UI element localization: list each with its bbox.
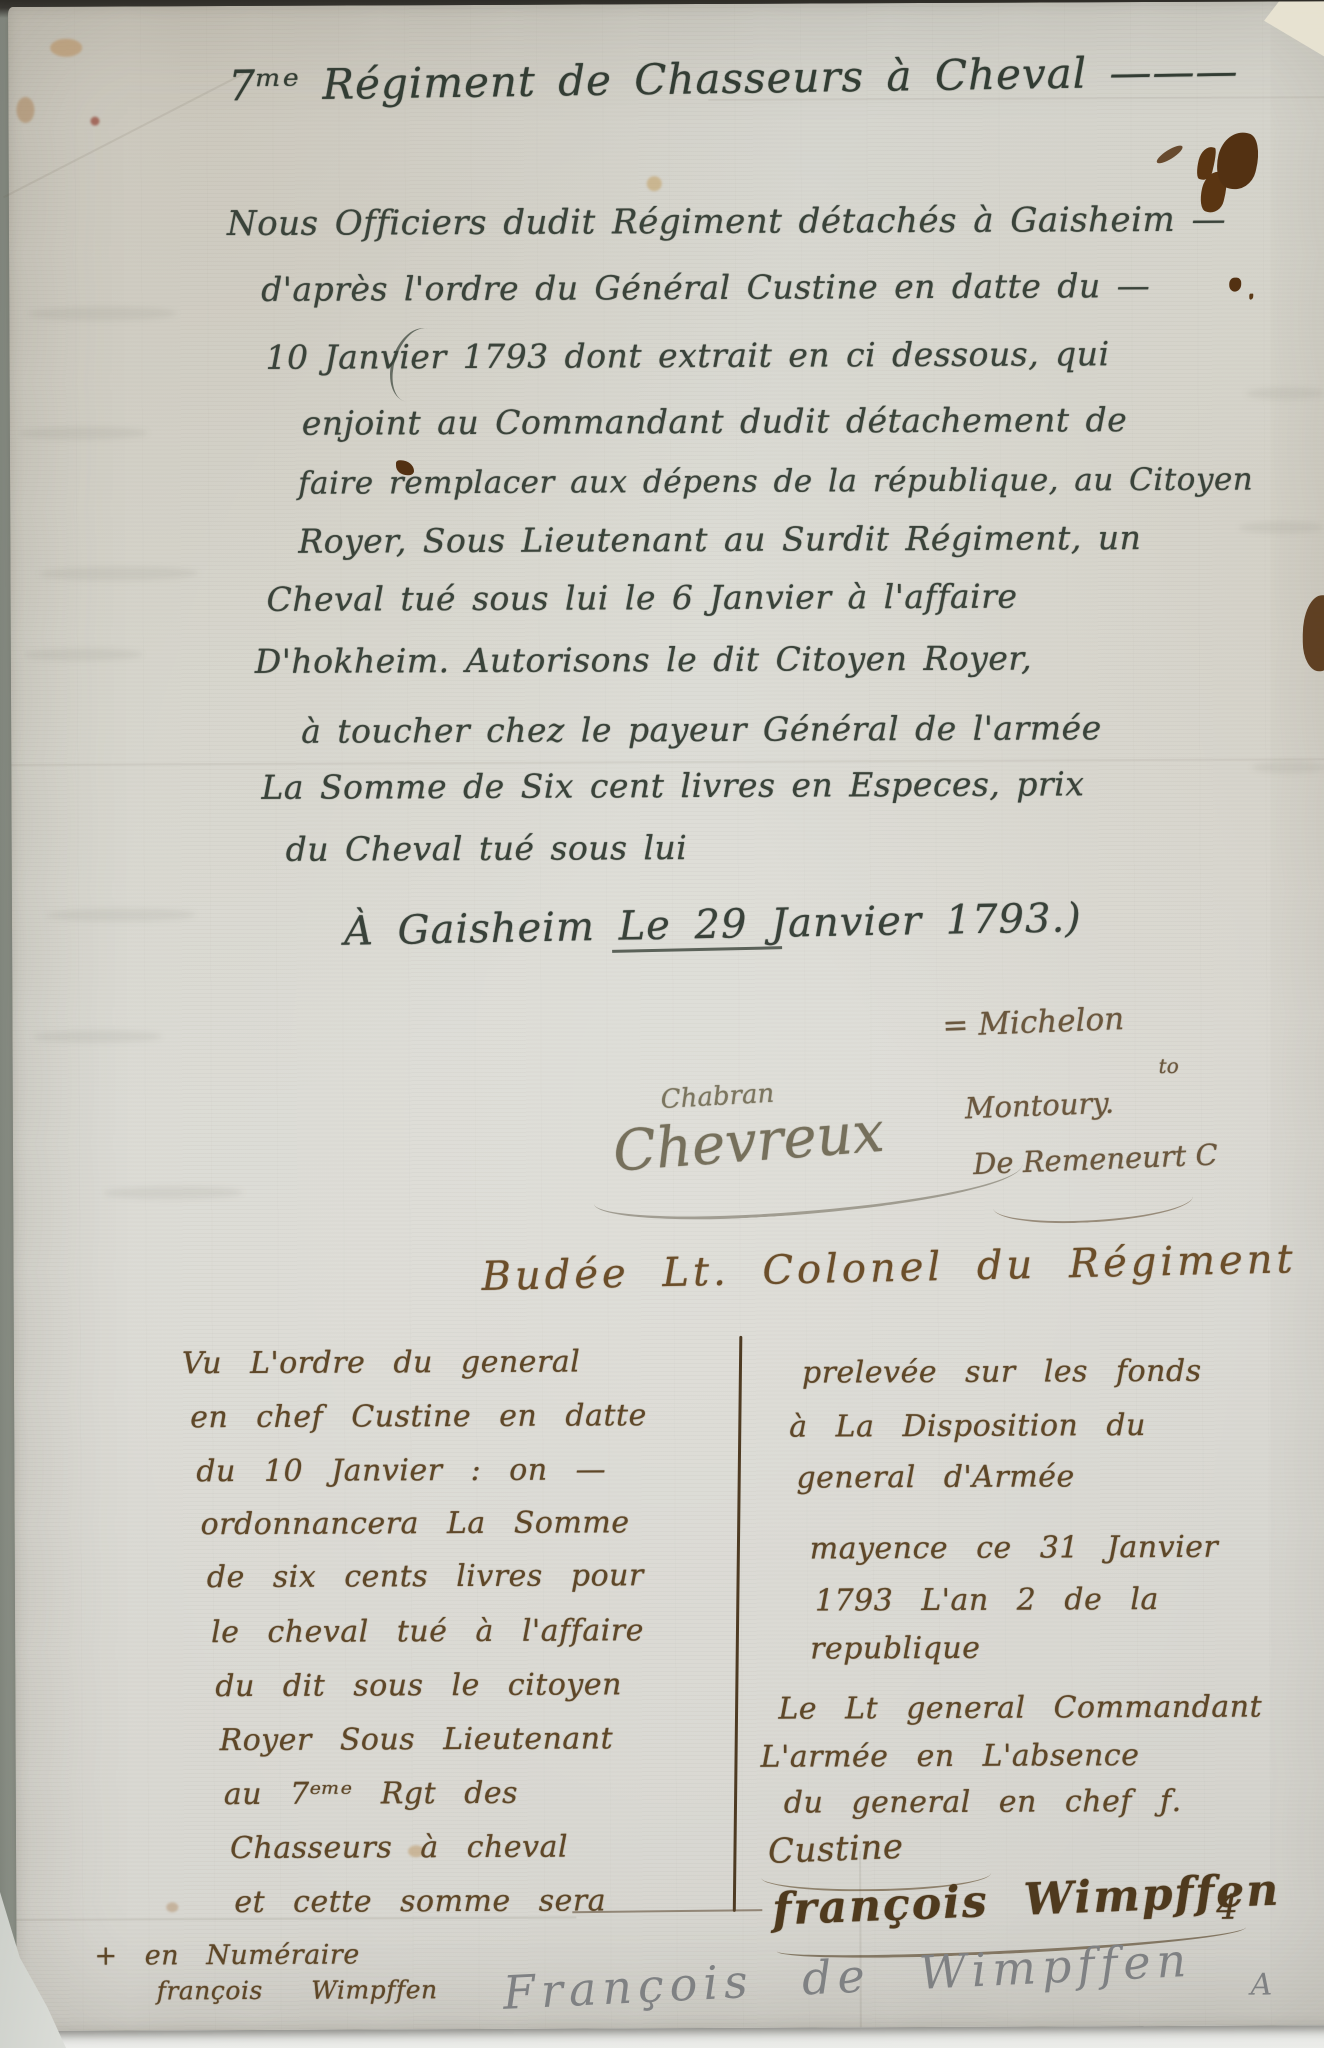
ink-blot-right-edge — [1303, 595, 1324, 671]
regiment-title: 7ᵐᵉ Régiment de Chasseurs à Cheval ——— — [228, 46, 1239, 110]
signature-flourish — [993, 1178, 1194, 1226]
ink-blot — [1211, 128, 1264, 194]
left-column-line: Vu L'ordre du general — [182, 1345, 581, 1382]
photograph-background: 7ᵐᵉ Régiment de Chasseurs à Cheval ——— N… — [0, 0, 1324, 2048]
column-divider-rule — [733, 1336, 743, 1912]
body-line: d'après l'ordre du Général Custine en da… — [261, 266, 1150, 309]
pencil-corner-mark: A — [1251, 1968, 1273, 2003]
showthrough-smudge — [103, 1186, 243, 1200]
showthrough-smudge — [46, 908, 196, 922]
signature-michelon: = Michelon — [942, 1001, 1125, 1044]
left-column-line: Royer Sous Lieutenant — [219, 1721, 613, 1758]
right-column-line: republique — [810, 1631, 980, 1667]
right-column-line: à La Disposition du — [789, 1408, 1146, 1445]
crease — [3, 73, 244, 198]
showthrough-smudge — [38, 566, 198, 581]
left-column-line: en chef Custine en datte — [190, 1398, 647, 1435]
showthrough-smudge — [1246, 387, 1324, 399]
right-column-line: mayence ce 31 Janvier — [810, 1530, 1219, 1567]
showthrough-smudge — [1238, 521, 1324, 533]
body-line: Nous Officiers dudit Régiment détachés à… — [227, 200, 1226, 244]
left-column-line: de six cents livres pour — [207, 1558, 644, 1595]
crease — [11, 758, 1324, 766]
left-column-line: et cette somme sera — [234, 1883, 606, 1920]
right-column-line: Le Lt general Commandant — [778, 1690, 1262, 1727]
left-column-line: le cheval tué à l'affaire — [211, 1613, 644, 1650]
right-column-line: prelevée sur les fonds — [802, 1354, 1202, 1391]
fox-stain — [16, 97, 34, 123]
dateline: À Gaisheim Le 29 Janvier 1793.) — [344, 895, 1083, 955]
body-line: du Cheval tué sous lui — [286, 828, 688, 869]
endorsement-title: Budée Lt. Colonel du Régiment — [481, 1236, 1297, 1300]
left-column-line: Chasseurs à cheval — [230, 1830, 568, 1866]
showthrough-smudge — [27, 306, 177, 321]
body-line: Cheval tué sous lui le 6 Janvier à l'aff… — [267, 577, 1018, 619]
body-line: faire remplacer aux dépens de la républi… — [298, 462, 1253, 502]
ink-smear — [1155, 143, 1185, 167]
right-column-line: 1793 L'an 2 de la — [815, 1582, 1159, 1619]
left-column-line: du dit sous le citoyen — [215, 1667, 622, 1704]
right-column-line: du general en chef ƒ. — [784, 1784, 1182, 1821]
fox-stain — [647, 176, 662, 191]
body-line: à toucher chez le payeur Général de l'ar… — [301, 708, 1102, 750]
right-column-line: L'armée en L'absence — [761, 1738, 1140, 1775]
showthrough-smudge — [1251, 761, 1324, 773]
left-column-line: ordonnancera La Somme — [201, 1505, 630, 1542]
fox-stain — [90, 117, 99, 126]
ink-speck-cluster — [1229, 278, 1241, 292]
left-column-line: du 10 Janvier : on — — [196, 1452, 606, 1489]
showthrough-smudge — [18, 426, 148, 440]
showthrough-smudge — [32, 1030, 162, 1043]
showthrough-smudge — [23, 648, 143, 661]
body-line: Royer, Sous Lieutenant au Surdit Régimen… — [298, 518, 1141, 561]
ink-paraph: 4 — [1216, 1888, 1238, 1928]
left-column-line: au 7ᵉᵐᵉ Rgt des — [224, 1776, 518, 1812]
pen-flourish — [381, 322, 451, 409]
paper-corner-fold — [1264, 1, 1324, 61]
signature-montoury: Montoury. — [964, 1086, 1114, 1126]
body-line: La Somme de Six cent livres en Especes, … — [261, 764, 1084, 807]
body-line: D'hokheim. Autorisons le dit Citoyen Roy… — [255, 639, 1032, 681]
fox-stain — [50, 39, 82, 57]
left-column-line: + en Numéraire — [94, 1939, 359, 1971]
signature-michelon-note: to — [1159, 1054, 1179, 1078]
body-line: enjoint au Commandant dudit détachement … — [302, 400, 1128, 443]
fox-stain — [166, 1902, 178, 1912]
right-column-line: general d'Armée — [796, 1459, 1074, 1495]
manuscript-page: 7ᵐᵉ Régiment de Chasseurs à Cheval ——— N… — [8, 1, 1324, 2031]
left-column-signature: françois Wimpffen — [157, 1975, 438, 2005]
